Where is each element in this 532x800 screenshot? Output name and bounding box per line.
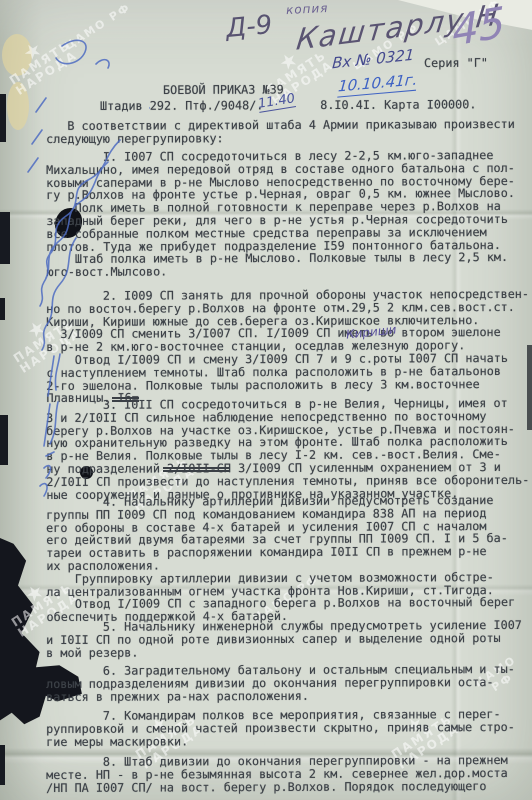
order-paragraph-6: 6. Заградительному батальону и остальным…	[46, 663, 515, 703]
order-paragraph-4: 4. Начальнику артиллерии дивизии предусм…	[46, 494, 515, 624]
edge-mark	[0, 415, 8, 465]
order-paragraph-1: I. I007 СП сосредоточиться в лесу 2-2,5 …	[46, 149, 515, 279]
tsamo-watermark: ЦАМО РФ	[63, 0, 134, 52]
strikethrough-mark	[163, 467, 230, 469]
edge-mark	[0, 212, 10, 264]
strikethrough-mark	[163, 470, 230, 472]
paper-stain	[2, 34, 32, 76]
incoming-date-handwriting: 10.10.41г.	[337, 70, 418, 97]
scanned-document-page: ★ ПАМЯТЬ НАРОДА ЦАМО РФ ★ ПАМЯТЬ НАРОДА …	[0, 0, 532, 800]
paper-stain	[7, 82, 29, 130]
order-paragraph-5: 5. Начальнику инженерной службы предусмо…	[46, 619, 522, 659]
page-number-handwriting: 45	[452, 0, 506, 56]
doc-code-handwriting: Д-9	[225, 10, 274, 44]
strikethrough-mark	[112, 397, 139, 399]
edge-mark	[0, 94, 6, 142]
order-preamble: В соответствии с директивой штаба 4 Арми…	[46, 118, 515, 146]
edge-mark	[0, 298, 5, 320]
order-paragraph-2: 2. I009 СП занять для прочной обороны уч…	[46, 288, 529, 405]
order-paragraph-7: 7. Командирам полков все мероприятия, св…	[46, 708, 515, 748]
order-paragraph-3: 3. I0II СП сосредоточиться в р-не Велия,…	[46, 397, 529, 501]
strikethrough-mark	[112, 400, 139, 402]
series-label: Серия "Г"	[424, 57, 488, 70]
edge-mark	[0, 745, 5, 785]
order-paragraph-8: 8. Штаб дивизии до окончания перегруппир…	[46, 754, 508, 794]
copy-note-handwriting: копия	[286, 1, 329, 17]
